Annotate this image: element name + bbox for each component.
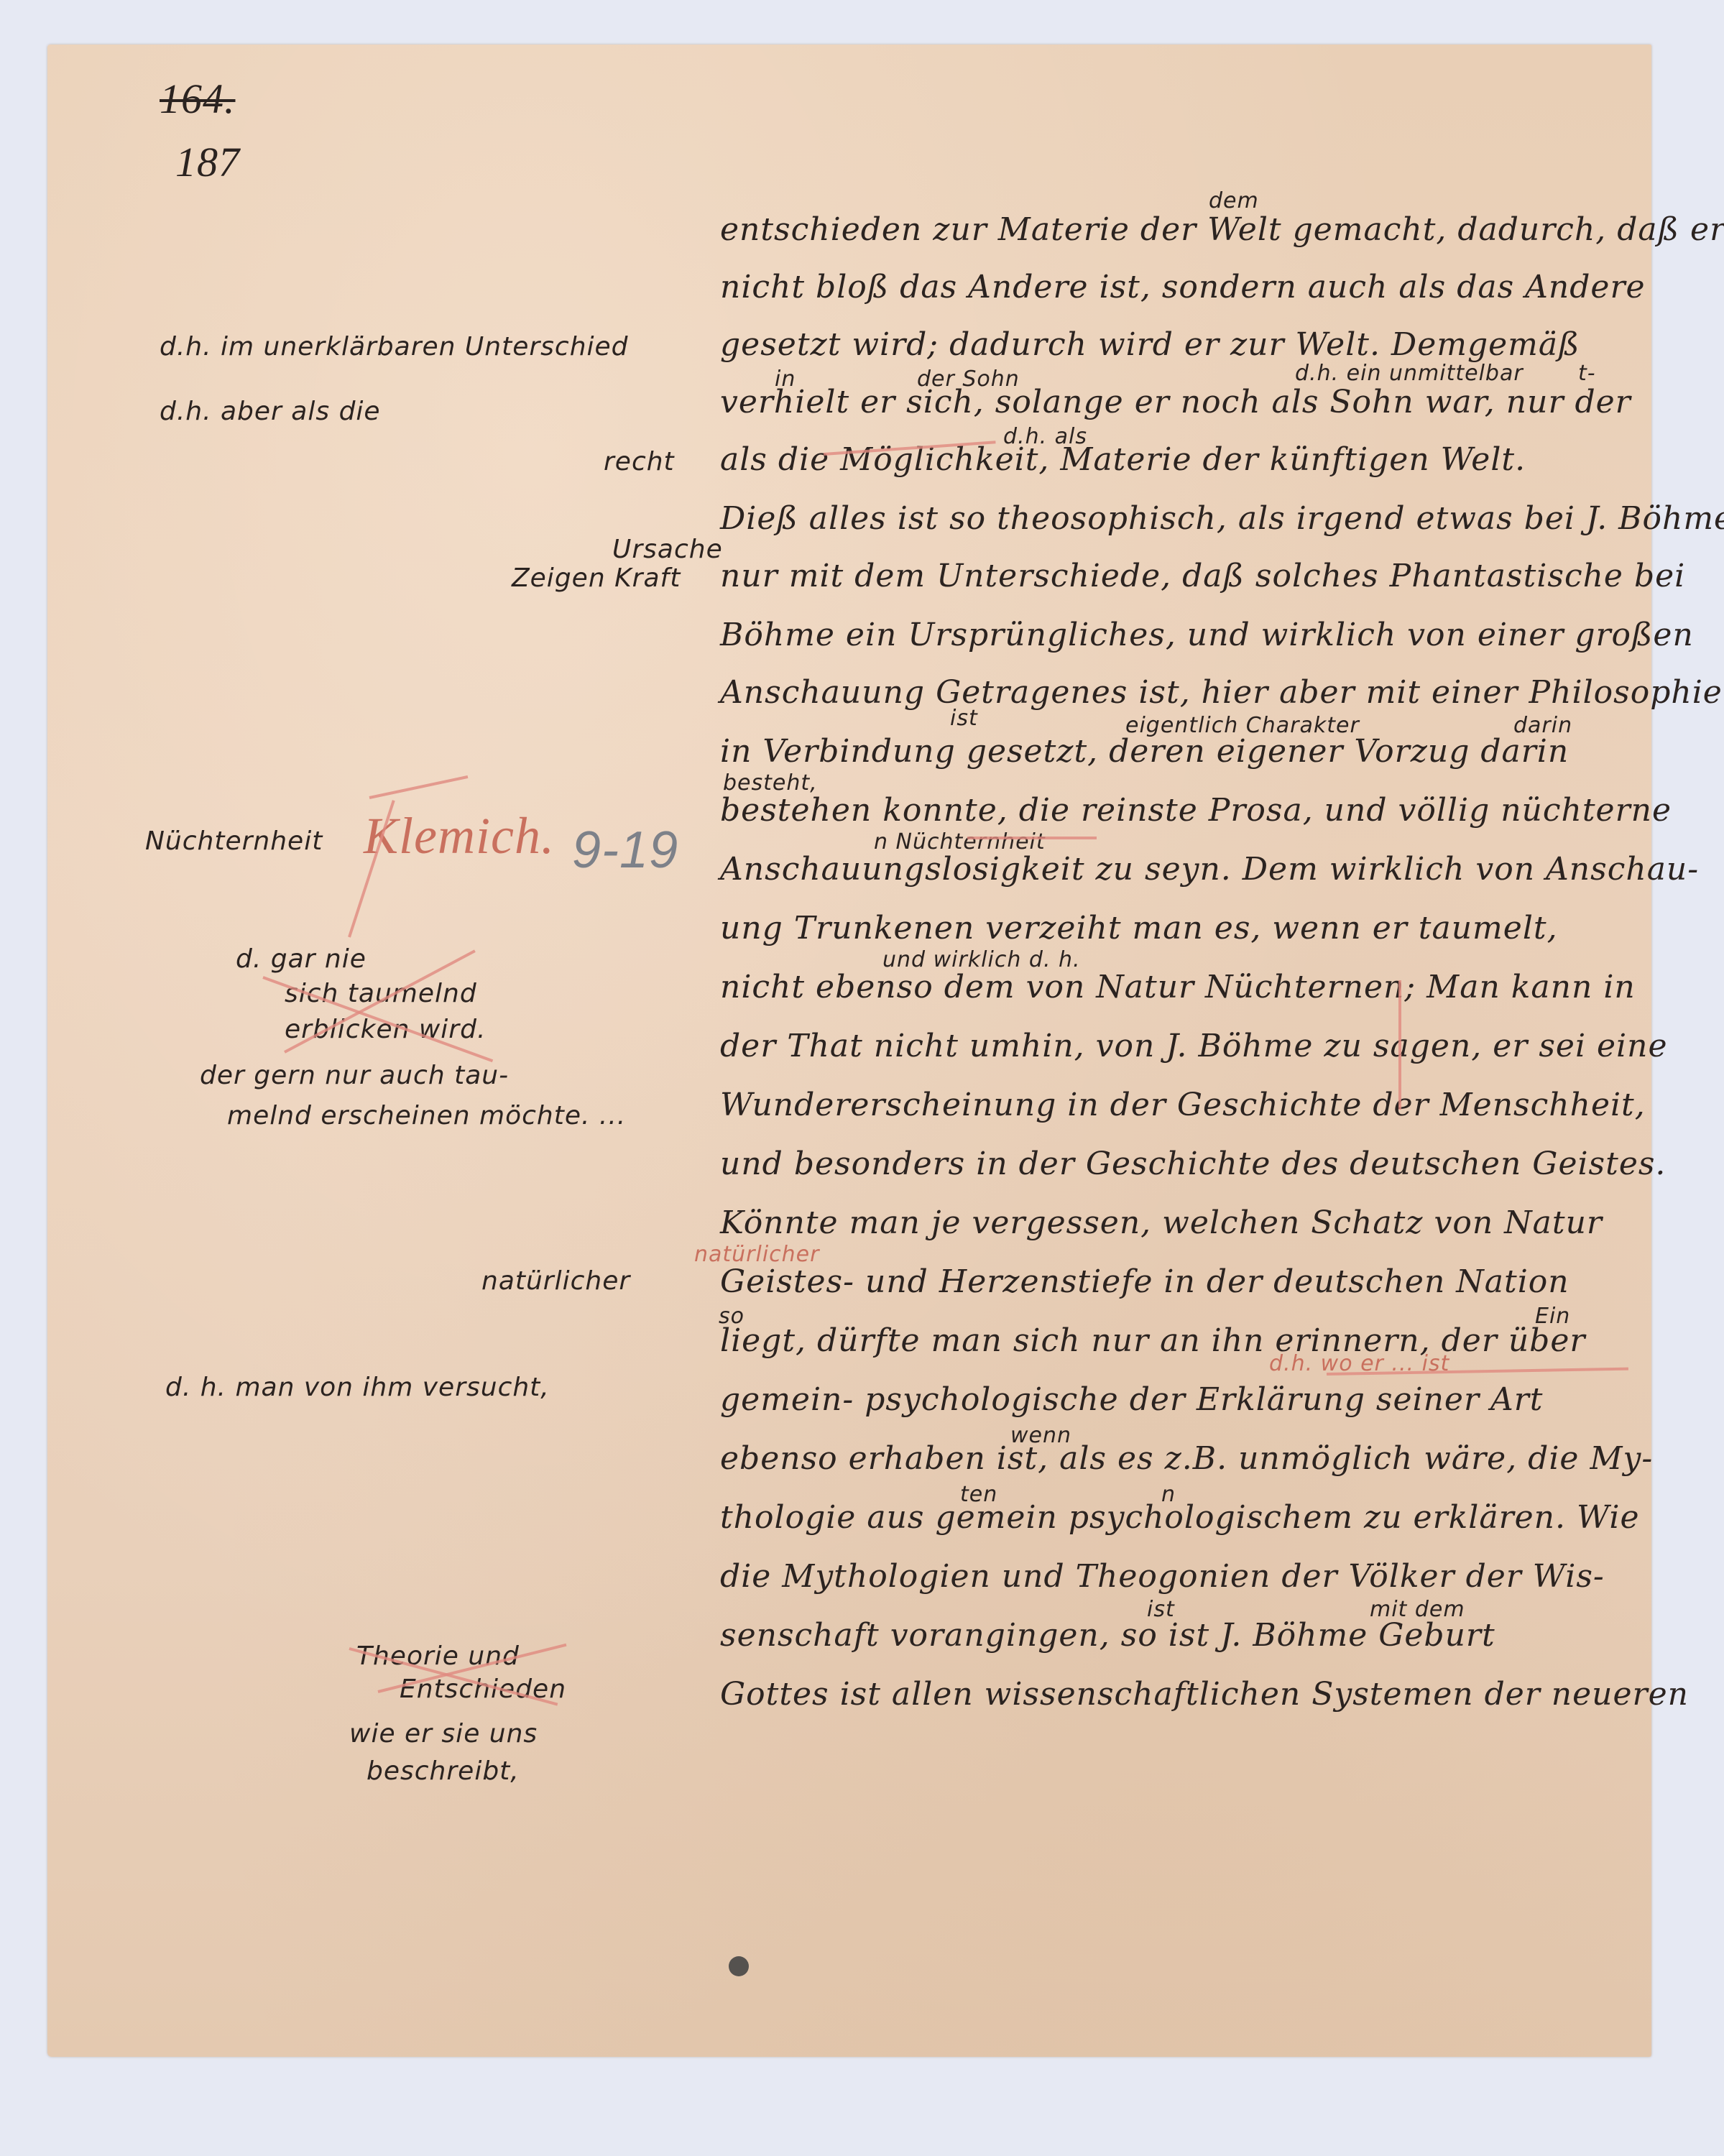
text-line: als die Möglichkeit, Materie der künftig…	[720, 441, 1526, 478]
text-line: Böhme ein Ursprüngliches, und wirklich v…	[720, 617, 1694, 653]
text-line: bestehen konnte, die reinste Prosa, und …	[720, 792, 1672, 829]
text-line: nur mit dem Unterschiede, daß solches Ph…	[720, 558, 1685, 594]
insert: natürlicher	[694, 1242, 819, 1267]
text-line: Geistes- und Herzenstiefe in der deutsch…	[720, 1263, 1569, 1300]
insert: so	[719, 1304, 745, 1329]
margin-note: d.h. im unerklärbaren Unterschied	[160, 332, 629, 361]
insert: mit dem	[1370, 1597, 1465, 1622]
text-line: Könnte man je vergessen, welchen Schatz …	[720, 1204, 1603, 1241]
grey-pencil-note: 9-19	[572, 821, 678, 880]
insert: ist	[950, 706, 978, 731]
insert: eigentlich Charakter	[1125, 713, 1360, 738]
margin-note: erblicken wird.	[285, 1015, 486, 1044]
text-line: in Verbindung gesetzt, deren eigener Vor…	[720, 733, 1569, 770]
text-line: ebenso erhaben ist, als es z.B. unmöglic…	[720, 1440, 1653, 1477]
insert: ten	[960, 1482, 997, 1507]
text-line: und besonders in der Geschichte des deut…	[720, 1146, 1666, 1182]
margin-note: recht	[604, 447, 675, 476]
insert: und wirklich d. h.	[882, 947, 1081, 972]
insert: in	[775, 367, 796, 392]
margin-note: melnd erscheinen möchte. ...	[227, 1101, 626, 1130]
text-line: liegt, dürfte man sich nur an ihn erinne…	[720, 1322, 1585, 1359]
insert: n	[1161, 1482, 1176, 1507]
text-line: nicht ebenso dem von Natur Nüchternen; M…	[720, 969, 1636, 1005]
margin-note: d. h. man von ihm versucht,	[165, 1373, 550, 1402]
text-line: verhielt er sich, solange er noch als So…	[720, 384, 1631, 420]
text-line: Wundererscheinung in der Geschichte der …	[720, 1087, 1646, 1123]
insert: dem	[1209, 188, 1259, 213]
margin-note: Ursache	[612, 535, 723, 564]
margin-note: der gern nur auch tau-	[200, 1061, 509, 1090]
red-marker-line	[1398, 980, 1401, 1110]
margin-note: Nüchternheit	[145, 826, 323, 856]
insert: Ein	[1535, 1304, 1570, 1329]
insert: n Nüchternheit	[874, 829, 1046, 854]
red-bracket-top	[369, 775, 469, 799]
punch-hole	[729, 1956, 749, 1976]
insert: d.h. ein unmittelbar	[1295, 361, 1524, 386]
insert: ist	[1147, 1597, 1175, 1622]
insert: d.h. als	[1003, 424, 1087, 449]
margin-note: d.h. aber als die	[160, 397, 381, 426]
text-line: Gottes ist allen wissenschaftlichen Syst…	[720, 1676, 1689, 1713]
text-line: thologie aus gemein psychologischem zu e…	[720, 1499, 1640, 1536]
margin-note: d. gar nie	[236, 944, 367, 974]
margin-note: wie er sie uns	[349, 1719, 538, 1749]
text-line: der That nicht umhin, von J. Böhme zu sa…	[720, 1028, 1668, 1064]
text-line: Anschauung Getragenes ist, hier aber mit…	[720, 674, 1723, 711]
text-line: die Mythologien und Theogonien der Völke…	[720, 1558, 1605, 1595]
insert: t-	[1578, 361, 1596, 386]
margin-note: Zeigen Kraft	[512, 563, 681, 593]
manuscript-page: 164. 187 entschieden zur Materie der Wel…	[47, 45, 1651, 2057]
page-number: 187	[175, 138, 240, 186]
margin-note: natürlicher	[481, 1266, 630, 1296]
insert: besteht,	[723, 770, 818, 796]
page-number-struck: 164.	[160, 75, 236, 123]
red-underline	[967, 837, 1097, 839]
text-line: ung Trunkenen verzeiht man es, wenn er t…	[720, 910, 1558, 946]
text-line: nicht bloß das Andere ist, sondern auch …	[720, 269, 1646, 305]
insert: wenn	[1010, 1423, 1071, 1448]
insert: darin	[1513, 713, 1572, 738]
text-line: Dieß alles ist so theosophisch, als irge…	[720, 500, 1724, 537]
insert: der Sohn	[917, 367, 1020, 392]
text-line: gemein- psychologische der Erklärung sei…	[720, 1381, 1543, 1418]
text-line: entschieden zur Materie der Welt gemacht…	[720, 211, 1724, 248]
margin-note: beschreibt,	[367, 1756, 520, 1786]
red-pencil-note: Klemich.	[364, 806, 555, 866]
text-line: senschaft vorangingen, so ist J. Böhme G…	[720, 1617, 1495, 1654]
text-line: Anschauungslosigkeit zu seyn. Dem wirkli…	[720, 851, 1699, 888]
text-line: gesetzt wird; dadurch wird er zur Welt. …	[720, 326, 1580, 363]
